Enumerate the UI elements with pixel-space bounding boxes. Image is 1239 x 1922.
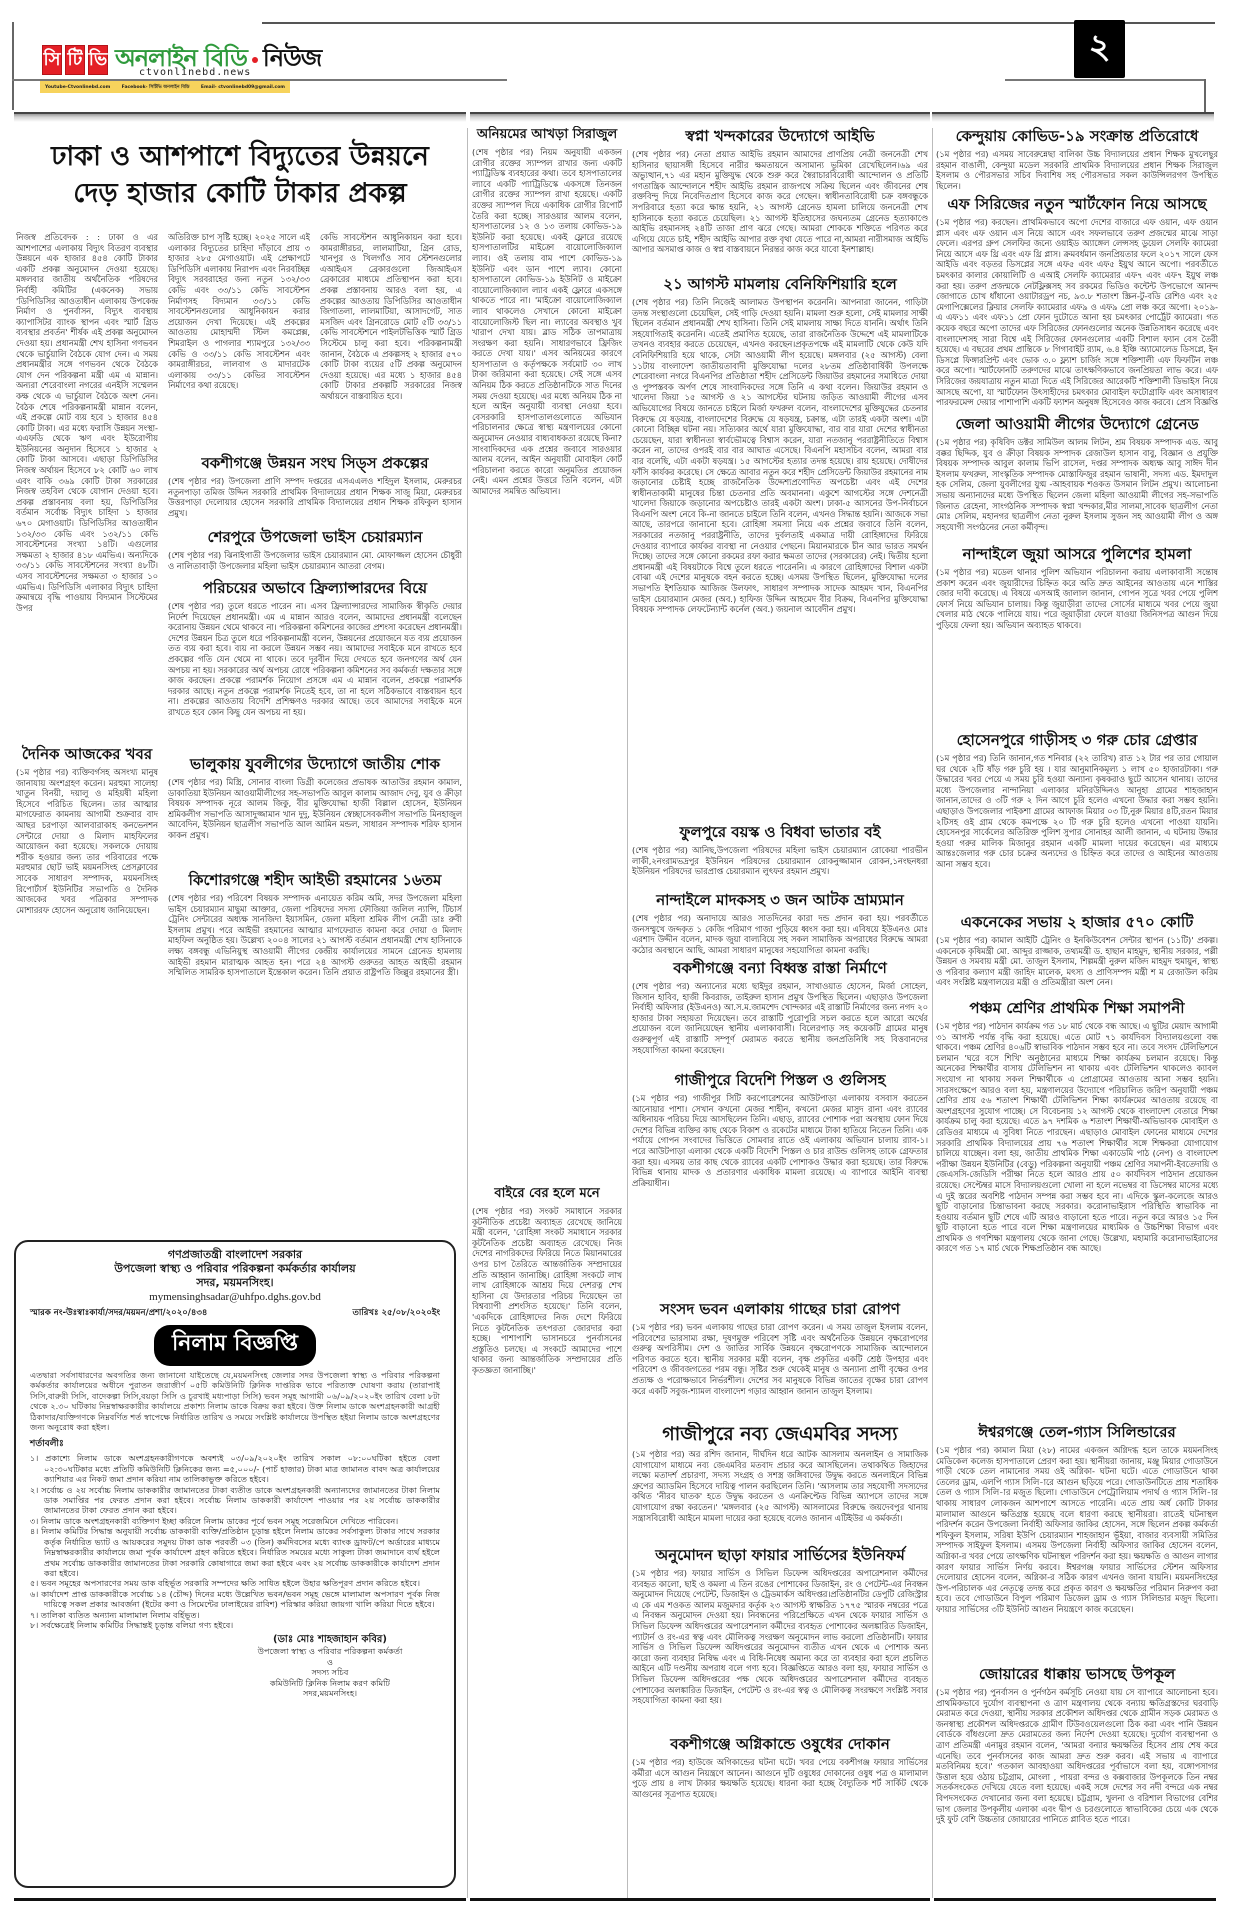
signatory-title: সদস্য সচিব xyxy=(230,1667,430,1678)
signatory-title: উপজেলা স্বাস্থ্য ও পরিবার পরিকল্পনা কর্ম… xyxy=(230,1646,430,1657)
article-wide-8[interactable]: গাজীপুরে নব্য জেএমবির সদস্য (১ম পৃষ্ঠার … xyxy=(632,1420,928,1545)
article-headline: কেন্দুয়ায় কোভিড-১৯ সংক্রান্ত প্রতিরোধে xyxy=(936,126,1218,146)
article-wide-10[interactable]: বকশীগঞ্জে অগ্নিকান্ডে ওষুধের দোকান (১ম প… xyxy=(632,1732,928,1801)
article-body: (শেষ পৃষ্ঠার পর) পরিবেশ বিষয়ক সম্পাদক এ… xyxy=(168,893,462,1000)
article-headline: সংসদ ভবন এলাকায় গাছের চারা রোপণ xyxy=(632,1299,928,1319)
article-body: (শেষ পৃষ্ঠার পর) সংকট সমাধানে সরকার কূটন… xyxy=(472,1206,622,1911)
article-headline: বকশীগঞ্জে উন্নয়ন সংঘ সিড্স প্রকল্পের xyxy=(168,453,462,473)
masthead-rule xyxy=(1005,79,1205,81)
notice-term: ১। প্রকাশ্যে নিলাম ডাকে অংশগ্রহনকারীগণকে… xyxy=(30,1453,440,1484)
article-body: (১ম পৃষ্ঠার পর) কামাল আইটি ট্রেনিং ও ইনক… xyxy=(936,935,1218,999)
article-headline: ভালুকায় যুবলীগের উদ্যোগে জাতীয় শোক xyxy=(168,754,462,774)
notice-gov-line2: উপজেলা স্বাস্থ্য ও পরিবার পরিকল্পনা কর্ম… xyxy=(30,1262,440,1276)
article-wide-6[interactable]: গাজীপুরে বিদেশি পিস্তল ও গুলিসহ (১ম পৃষ্… xyxy=(632,1068,928,1221)
notice-term: ৪। নিলাম কমিটির সিদ্ধান্ত অনুযায়ী সর্বো… xyxy=(30,1526,440,1578)
article-body: (১ম পৃষ্ঠার পর) ব্যক্তিবর্গসহ অসংখ্য মান… xyxy=(16,767,158,989)
article-wide-1[interactable]: স্বপ্না খন্দকারের উদ্যোগে আইভি (শেষ পৃষ্… xyxy=(632,124,928,277)
signatory-title: সদর,ময়মনসিংহ। xyxy=(230,1688,430,1699)
article-body: (১ম পৃষ্ঠার পর) কামাল মিয়া (২৮) নামের এ… xyxy=(936,1445,1218,1665)
article-center-2[interactable]: শেরপুরে উপজেলা ভাইস চেয়ারম্যান (শেষ পৃষ… xyxy=(168,525,462,572)
article-body: (১ম পৃষ্ঠার পর) এসময় সাবেরুন্নেছা বালিক… xyxy=(936,149,1218,191)
article-right-4[interactable]: নান্দাইলে জুয়া আসরে পুলিশের হামলা (১ম প… xyxy=(936,542,1218,641)
bottom-rule xyxy=(470,1898,930,1901)
article-headline: বকশীগঞ্জে বন্যা বিধ্বস্ত রাস্তা নির্মাণে xyxy=(632,958,928,978)
notice-term: ৮। সর্বক্ষেত্রেই নিলাম কমিটির সিদ্ধান্তই… xyxy=(30,1620,440,1630)
youtube-link[interactable]: Youtube-Ctvonlinebd.com xyxy=(45,85,110,90)
masthead-rule xyxy=(12,22,14,110)
notice-title: নিলাম বিজ্ঞপ্তি xyxy=(154,1325,316,1366)
logo-wordmark-black: নিউজ xyxy=(263,40,321,80)
article-body: (১ম পৃষ্ঠার পর) মডেল থানার পুলিশ অভিযান … xyxy=(936,567,1218,641)
article-narrow-1[interactable]: অনিয়মের আখড়া সিরাজুল (শেষ পৃষ্ঠার পর) … xyxy=(472,124,622,1183)
notice-date: তারিখঃ ২৫/০৮/২০২০ইং xyxy=(352,1306,440,1320)
article-headline: বাইরে বের হলে মনে xyxy=(472,1185,622,1203)
article-body: (শেষ পৃষ্ঠার পর) আনিছ,উপজেলা পরিষদের মহি… xyxy=(632,845,928,887)
notice-term: ২। সর্বোচ্চ ও ২য় সর্বোচ্চ নিলাম ডাককারী… xyxy=(30,1485,440,1516)
article-body: (১ম পৃষ্ঠার পর) অর রশিদ জানান, দীর্ঘদিন … xyxy=(632,1449,928,1545)
article-right-9[interactable]: জোয়ারের ধাক্কায় ভাসছে উপকূল (১ম পৃষ্ঠা… xyxy=(936,1662,1218,1891)
article-body: (শেষ পৃষ্ঠার পর) নেতা প্রয়াত আইভি রহমান… xyxy=(632,149,928,277)
article-body: (১ম পৃষ্ঠার পর) গাজীপুর সিটি করপোরেশনের … xyxy=(632,1093,928,1221)
site-url[interactable]: ctvonlinebd.news xyxy=(139,67,251,78)
section-divider xyxy=(470,112,930,122)
notice-gov-line3: সদর, ময়মনসিংহ। xyxy=(30,1276,440,1290)
article-body: (শেষ পৃষ্ঠার পর) মিস্ত্রি, সোনার বাংলা ড… xyxy=(168,777,462,863)
signatory-name: (ডাঃ মোঃ শাহজাহান কবির) xyxy=(230,1635,430,1646)
article-headline: ২১ আগস্ট মামলায় বেনিফিশিয়ারি হলে xyxy=(632,274,928,294)
article-body: (১ম পৃষ্ঠার পর) হাউজে অগিকান্ডের ঘটনা ঘট… xyxy=(632,1757,928,1801)
article-headline: হোসেনপুরে গাড়ীসহ ৩ গরু চোর গ্রেপ্তার xyxy=(936,730,1218,750)
logo-letter-box: ভি xyxy=(88,45,108,75)
notice-intro: এতদ্বারা সর্বসাধারণের অবগতির জন্য জানানো… xyxy=(30,1370,440,1432)
lead-headline-line1: ঢাকা ও আশপাশে বিদ্যুতের উন্নয়নে xyxy=(51,141,429,172)
article-right-1[interactable]: কেন্দুয়ায় কোভিড-১৯ সংক্রান্ত প্রতিরোধে… xyxy=(936,124,1218,191)
notice-signature: (ডাঃ মোঃ শাহজাহান কবির) উপজেলা স্বাস্থ্য… xyxy=(30,1635,440,1699)
article-headline: পঞ্চম শ্রেণির প্রাথমিক শিক্ষা সমাপনী xyxy=(936,998,1218,1018)
article-body: (১ম পৃষ্ঠার পর) করছেন। প্রাথমিকভাবে অপো … xyxy=(936,217,1218,417)
section-divider xyxy=(932,112,1214,122)
article-headline: দৈনিক আজকের খবর xyxy=(16,744,158,764)
article-center-1[interactable]: বকশীগঞ্জে উন্নয়ন সংঘ সিড্স প্রকল্পের (শ… xyxy=(168,451,462,520)
article-headline: জোয়ারের ধাক্কায় ভাসছে উপকূল xyxy=(936,1664,1218,1684)
article-body: (শেষ পৃষ্ঠার পর) তুলে ধরতে পারেন না। এসব… xyxy=(168,601,462,751)
article-body: (১ম পৃষ্ঠার পর) ফায়ার সার্ভিস ও সিভিল ড… xyxy=(632,1568,928,1738)
article-right-5[interactable]: হোসেনপুরে গাড়ীসহ ৩ গরু চোর গ্রেপ্তার (১… xyxy=(936,728,1218,913)
article-headline: নান্দাইলে জুয়া আসরে পুলিশের হামলা xyxy=(936,544,1218,564)
notice-email[interactable]: mymensinghsadar@uhfpo.dghs.gov.bd xyxy=(30,1290,440,1304)
article-headline: ফুলপুরে বয়স্ক ও বিধবা ভাতার বই xyxy=(632,822,928,842)
article-body: (১ম পৃষ্ঠার পর) তিনি জানান,গত শনিবার (২২… xyxy=(936,753,1218,913)
article-headline: একনেকের সভায় ২ হাজার ৫৭০ কোটি xyxy=(936,912,1218,932)
article-body: (শেষ পৃষ্ঠার পর) উপজেলা প্রাণি সম্পদ দপ্… xyxy=(168,476,462,520)
article-body: (শেষ পৃষ্ঠার পর) অনাদায়ে আরও সাতদিনের ক… xyxy=(632,913,928,955)
notice-term: ৬। কার্যাদেশ প্রাপ্ত ডাককারীকে সর্বোচ্চ … xyxy=(30,1589,440,1610)
lead-body-col-1: নিজস্ব প্রতিবেদক : : ঢাকা ও এর আশপাশের এ… xyxy=(16,232,158,737)
article-headline: জেলা আওয়ামী লীগের উদ্যোগে গ্রেনেড xyxy=(936,414,1218,434)
article-center-4[interactable]: ভালুকায় যুবলীগের উদ্যোগে জাতীয় শোক (শে… xyxy=(168,752,462,863)
article-headline: শেরপুরে উপজেলা ভাইস চেয়ারম্যান xyxy=(168,527,462,547)
article-wide-3[interactable]: ফুলপুরে বয়স্ক ও বিধবা ভাতার বই (শেষ পৃষ… xyxy=(632,820,928,887)
facebook-link[interactable]: Facebook- সিটিভি অনলাইন বিডি xyxy=(122,84,190,91)
article-headline: কিশোরগঞ্জে শহীদ আইভী রহমানের ১৬তম xyxy=(168,870,462,890)
article-body: (শেষ পৃষ্ঠার পর) অন্যান্যের মধ্যে ছাইদুর… xyxy=(632,981,928,1067)
lead-body-col-2: অতিরিক্ত চাপ সৃষ্টি হচ্ছে। ২০২৫ সালে এই … xyxy=(168,232,310,442)
notice-terms-list: ১। প্রকাশ্যে নিলাম ডাকে অংশগ্রহনকারীগণকে… xyxy=(30,1453,440,1630)
lead-headline-line2: দেড় হাজার কোটি টাকার প্রকল্প xyxy=(73,178,406,209)
signatory-and: ও xyxy=(230,1657,430,1668)
article-headline: স্বপ্না খন্দকারের উদ্যোগে আইভি xyxy=(632,126,928,146)
article-headline: গাজীপুরে বিদেশি পিস্তল ও গুলিসহ xyxy=(632,1070,928,1090)
logo-letter-box: সি xyxy=(42,45,62,75)
article-wide-5[interactable]: বকশীগঞ্জে বন্যা বিধ্বস্ত রাস্তা নির্মাণে… xyxy=(632,956,928,1067)
masthead-rule xyxy=(262,22,1215,24)
signatory-title: কমিউনিটি ক্লিনিক নিলাম করণ কমিটি xyxy=(230,1678,430,1689)
article-headline: অনিয়মের আখড়া সিরাজুল xyxy=(472,126,622,144)
article-headline: নান্দাইলে মাদকসহ ৩ জন আটক ভ্রাম্যমান xyxy=(632,890,928,910)
logo-dot-icon xyxy=(252,57,258,63)
contact-info-bar: Youtube-Ctvonlinebd.com Facebook- সিটিভি… xyxy=(40,81,290,93)
notice-ref-line: স্মারক নং-উঃস্বাঃকার্যা/সদর/ময়মন/প্রশা/… xyxy=(30,1306,440,1320)
article-right-3[interactable]: জেলা আওয়ামী লীগের উদ্যোগে গ্রেনেড (১ম প… xyxy=(936,412,1218,545)
article-right-6[interactable]: একনেকের সভায় ২ হাজার ৫৭০ কোটি (১ম পৃষ্ঠ… xyxy=(936,910,1218,999)
article-center-5[interactable]: কিশোরগঞ্জে শহীদ আইভী রহমানের ১৬তম (শেষ প… xyxy=(168,868,462,1000)
article-headline: বকশীগঞ্জে অগ্নিকান্ডে ওষুধের দোকান xyxy=(632,1734,928,1754)
bottom-rule xyxy=(934,1898,1216,1901)
article-body: (১ম পৃষ্ঠার পর) ভবন এলাকায় গাছের চারা র… xyxy=(632,1322,928,1418)
notice-gov-line1: গণপ্রজাতন্ত্রী বাংলাদেশ সরকার xyxy=(30,1248,440,1262)
article-body: (১ম পৃষ্ঠার পর) পাঠদান কার্যক্রম গত ১৮ ম… xyxy=(936,1021,1218,1423)
article-narrow-2[interactable]: বাইরে বের হলে মনে (শেষ পৃষ্ঠার পর) সংকট … xyxy=(472,1183,622,1911)
article-right-7[interactable]: পঞ্চম শ্রেণির প্রাথমিক শিক্ষা সমাপনী (১ম… xyxy=(936,996,1218,1423)
logo-letter-box: টি xyxy=(65,45,85,75)
column-divider xyxy=(627,150,628,1898)
notice-title-wrap: নিলাম বিজ্ঞপ্তি xyxy=(30,1325,440,1366)
notice-terms-title: শর্তাবলীঃ xyxy=(30,1436,440,1451)
article-body: (শেষ পৃষ্ঠার পর) নিয়ম অনুযায়ী একজন রোগ… xyxy=(472,147,622,1183)
bottom-rule xyxy=(14,1898,466,1901)
column-divider xyxy=(932,128,933,1898)
article-wide-2[interactable]: ২১ আগস্ট মামলায় বেনিফিশিয়ারি হলে (শেষ … xyxy=(632,272,928,823)
section-divider xyxy=(14,112,466,122)
notice-term: ৭। তালিকা ব্যতিত অন্যান্য মালামাল নিলাম … xyxy=(30,1610,440,1620)
article-headline: পরিচয়ের অভাবে ফ্রিল্যান্সারদের বিয়ে xyxy=(168,578,462,598)
article-headline: অনুমোদন ছাড়া ফায়ার সার্ভিসের ইউনিফর্ম xyxy=(632,1545,928,1565)
email-link[interactable]: Email- ctvonlinebd09@gmail.com xyxy=(201,85,285,90)
article-wide-7[interactable]: সংসদ ভবন এলাকায় গাছের চারা রোপণ (১ম পৃষ… xyxy=(632,1297,928,1418)
article-body: (শেষ পৃষ্ঠার পর) তিনি নিজেই আলামত উপস্থা… xyxy=(632,297,928,823)
notice-term: ৩। নিলাম ডাকে অংশগ্রহনকারী ব্যক্তিগণ ইচ্… xyxy=(30,1516,440,1526)
article-headline: ঈশ্বরগঞ্জে তেল-গ্যাস সিলিন্ডারের xyxy=(936,1422,1218,1442)
masthead-rule xyxy=(1204,79,1206,112)
article-wide-9[interactable]: অনুমোদন ছাড়া ফায়ার সার্ভিসের ইউনিফর্ম … xyxy=(632,1543,928,1738)
notice-ref-number: স্মারক নং-উঃস্বাঃকার্যা/সদর/ময়মন/প্রশা/… xyxy=(30,1306,207,1320)
column-divider xyxy=(467,128,468,1898)
lead-headline[interactable]: ঢাকা ও আশপাশে বিদ্যুতের উন্নয়নে দেড় হা… xyxy=(20,138,460,212)
article-right-2[interactable]: এফ সিরিজের নতুন স্মার্টফোন নিয়ে আসছে (১… xyxy=(936,192,1218,417)
article-wide-4[interactable]: নান্দাইলে মাদকসহ ৩ জন আটক ভ্রাম্যমান (শে… xyxy=(632,888,928,955)
article-body: (শেষ পৃষ্ঠার পর) ঝিনাইগাতী উপজেলার ভাইস … xyxy=(168,550,462,572)
article-body: (১ম পৃষ্ঠার পর) কৃষিবিদ ডক্টর সামিউল আলম… xyxy=(936,437,1218,545)
article-headline: এফ সিরিজের নতুন স্মার্টফোন নিয়ে আসছে xyxy=(936,194,1218,214)
lead-body-col-3: কেভি সাবস্টেশন আধুনিকায়ন করা হবে। কামরা… xyxy=(320,232,462,442)
article-center-3[interactable]: পরিচয়ের অভাবে ফ্রিল্যান্সারদের বিয়ে (শ… xyxy=(168,576,462,751)
article-right-8[interactable]: ঈশ্বরগঞ্জে তেল-গ্যাস সিলিন্ডারের (১ম পৃষ… xyxy=(936,1420,1218,1665)
page-number-badge: ২ xyxy=(1074,20,1125,78)
notice-term: ৫। ভবন সমূহের অপসারণের সময় ডাক বহির্ভূত… xyxy=(30,1578,440,1588)
article-body: (১ম পৃষ্ঠার পর) পুনর্বাসন ও পুর্নগঠন কর্… xyxy=(936,1687,1218,1891)
masthead: সি টি ভি অনলাইন বিডি নিউজ ctvonlinebd.ne… xyxy=(0,0,1239,112)
auction-notice: গণপ্রজাতন্ত্রী বাংলাদেশ সরকার উপজেলা স্ব… xyxy=(14,1240,456,1888)
article-left-1[interactable]: দৈনিক আজকের খবর (১ম পৃষ্ঠার পর) ব্যক্তিব… xyxy=(16,742,158,989)
article-headline: গাজীপুরে নব্য জেএমবির সদস্য xyxy=(632,1422,928,1446)
